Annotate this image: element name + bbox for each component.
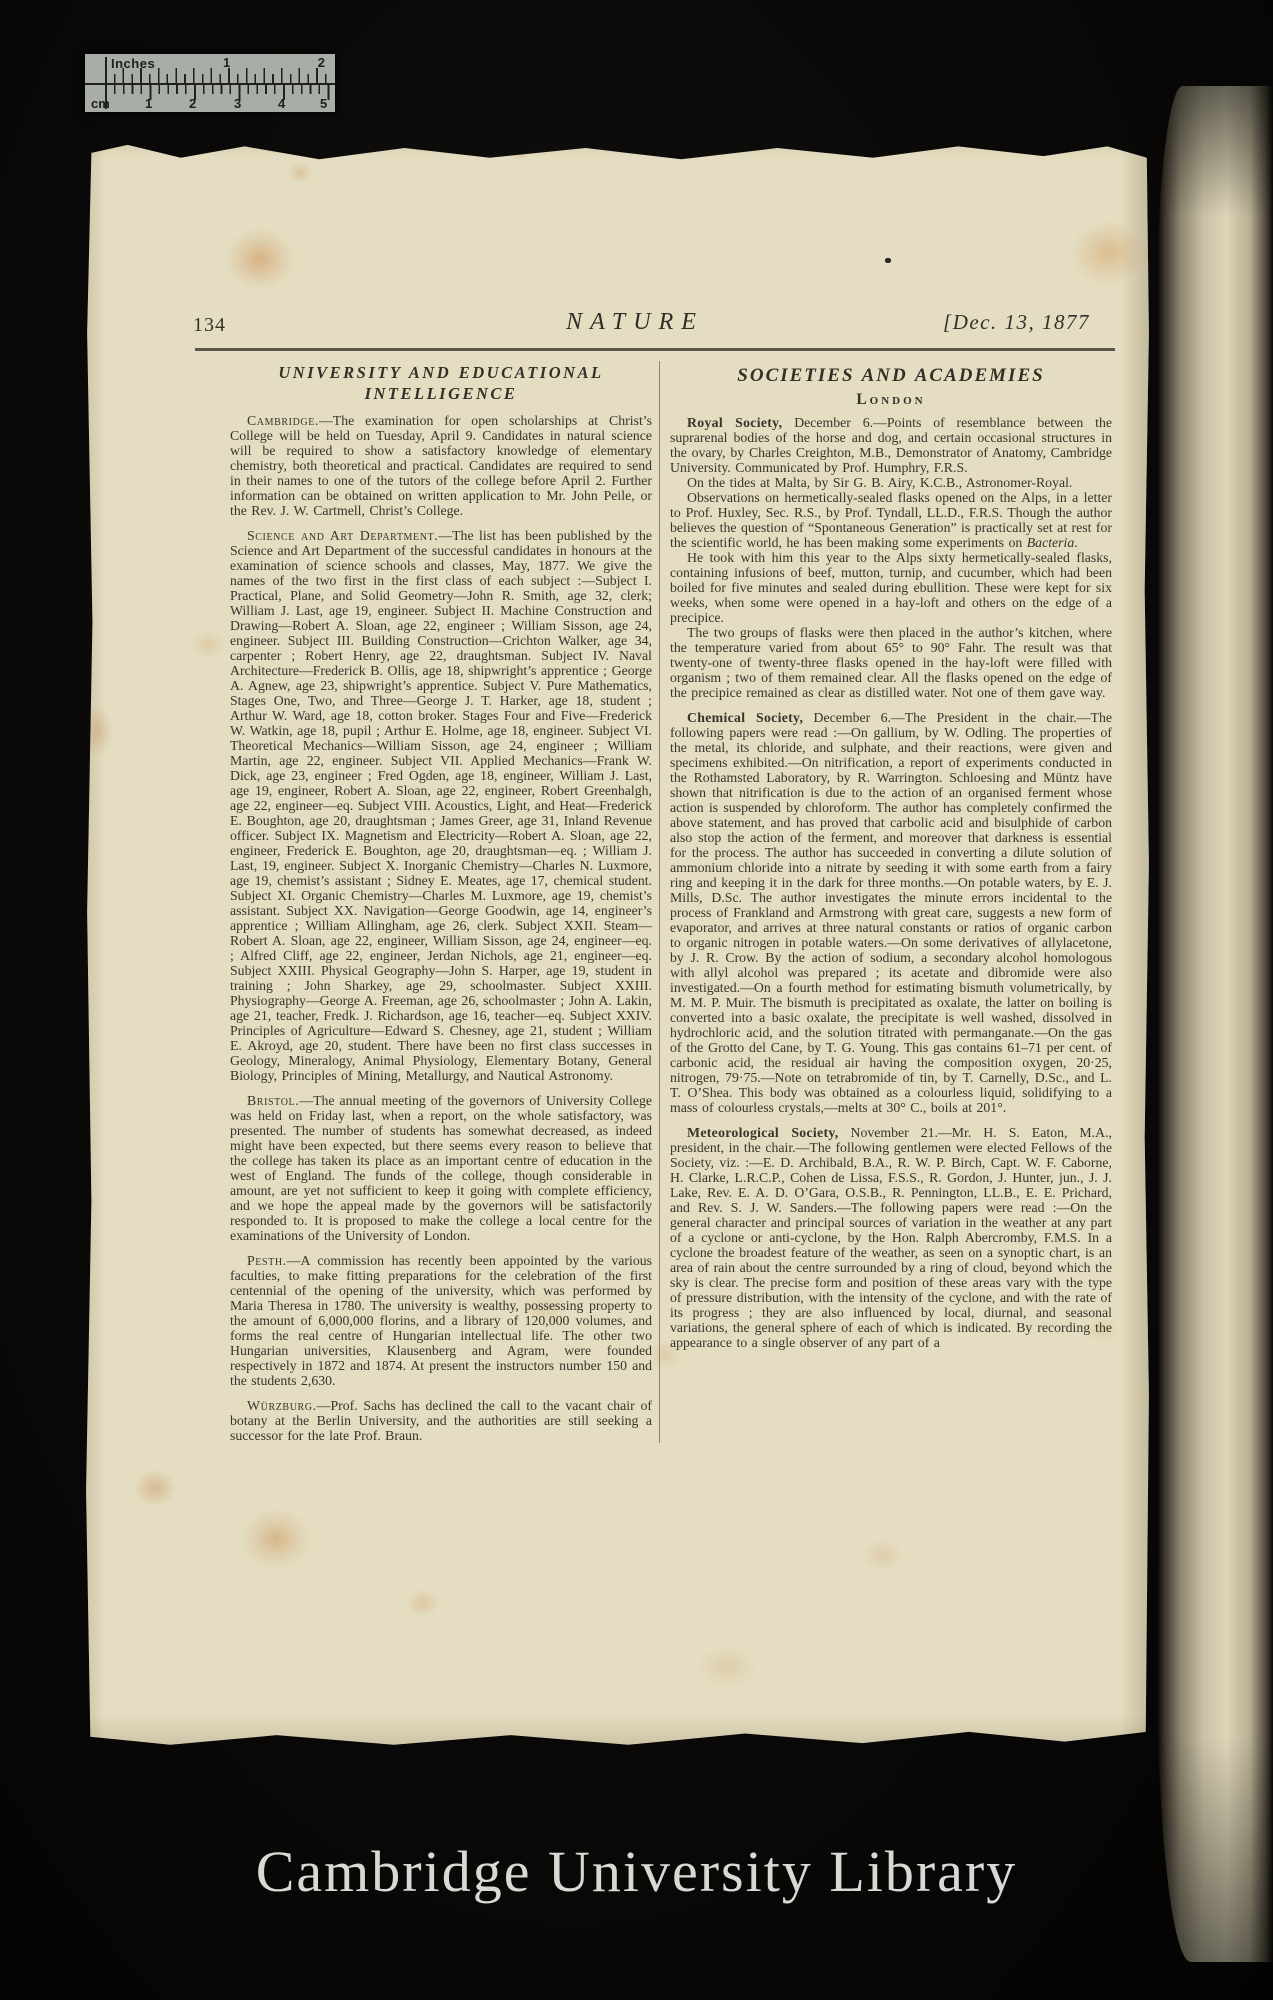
paragraph-cambridge: Cambridge.—The examination for open scho…	[230, 413, 652, 518]
paragraph-alps-experiment: He took with him this year to the Alps s…	[670, 550, 1112, 625]
paragraph-lead: Cambridge.	[247, 413, 319, 428]
paragraph-text: —A commission has recently been appointe…	[230, 1253, 652, 1388]
paragraph-meteorological-society: Meteorological Society, November 21.—Mr.…	[670, 1125, 1112, 1350]
paper-stain	[125, 1462, 185, 1514]
ruler-inch-mark-2: 2	[318, 55, 325, 70]
paragraph-text: November 21.—Mr. H. S. Eaton, M.A., pres…	[670, 1125, 1112, 1350]
left-section-title: UNIVERSITY AND EDUCATIONAL INTELLIGENCE	[236, 362, 646, 404]
paragraph-text: On the tides at Malta, by Sir G. B. Airy…	[687, 475, 1072, 490]
paragraph-text: —The list has been published by the Scie…	[230, 528, 652, 1083]
paper-stain	[185, 625, 231, 665]
paragraph-text: The two groups of flasks were then place…	[670, 625, 1112, 700]
ruler-zero-line	[105, 57, 107, 109]
running-header: 134 NATURE [Dec. 13, 1877	[180, 306, 1090, 346]
paragraph-lead: Pesth.	[247, 1253, 287, 1268]
ruler-cm-mark-4: 4	[278, 96, 285, 111]
ruler-cm-mark-3: 3	[234, 96, 241, 111]
paragraph-text: —The annual meeting of the governors of …	[230, 1093, 652, 1243]
paragraph-lead: Bristol.	[247, 1093, 299, 1108]
paper-stain	[855, 1533, 911, 1577]
paragraph-wurzburg: Würzburg.—Prof. Sachs has declined the c…	[230, 1398, 652, 1443]
paragraph-lead: Würzburg.	[247, 1398, 317, 1413]
paragraph-science-art: Science and Art Department.—The list has…	[230, 528, 652, 1083]
paragraph-bristol: Bristol.—The annual meeting of the gover…	[230, 1093, 652, 1243]
text-columns: UNIVERSITY AND EDUCATIONAL INTELLIGENCE …	[230, 359, 1112, 1443]
measuring-ruler: Inches 1 2 cm 1 2 3 4 5	[85, 54, 335, 112]
paper-stain	[240, 1508, 312, 1570]
ruler-inches-scale: Inches 1 2	[85, 54, 335, 85]
scanned-page: 134 NATURE [Dec. 13, 1877 UNIVERSITY AND…	[85, 140, 1150, 1748]
ruler-inch-mark-1: 1	[223, 55, 230, 70]
paper-stain	[225, 228, 295, 290]
ruler-cm-mark-5: 5	[320, 96, 327, 111]
paragraph-lead: Meteorological Society,	[687, 1125, 839, 1140]
paper-stain	[1070, 220, 1148, 286]
paragraph-text: He took with him this year to the Alps s…	[670, 550, 1112, 625]
right-section-title: SOCIETIES AND ACADEMIES	[670, 364, 1112, 388]
ruler-cm-mark-1: 1	[145, 96, 152, 111]
ruler-inches-label: Inches	[111, 56, 155, 71]
paragraph-royal-society: Royal Society, December 6.—Points of res…	[670, 415, 1112, 475]
paragraph-text: December 6.—The President in the chair.—…	[670, 710, 1112, 1115]
paper-stain	[400, 1583, 446, 1623]
left-column: UNIVERSITY AND EDUCATIONAL INTELLIGENCE …	[230, 359, 652, 1443]
paper-stain	[503, 142, 537, 164]
ink-speck	[885, 258, 891, 263]
paragraph-chemical-society: Chemical Society, December 6.—The Presid…	[670, 710, 1112, 1115]
paragraph-italic-term: Bacteria	[1027, 535, 1075, 550]
right-column: SOCIETIES AND ACADEMIES London Royal Soc…	[670, 359, 1112, 1443]
ruler-cm-mark-2: 2	[189, 96, 196, 111]
subsection-london: London	[670, 392, 1112, 407]
scan-background: Inches 1 2 cm 1 2 3 4 5 134	[0, 0, 1273, 2000]
paper-stain	[280, 158, 320, 188]
issue-date: [Dec. 13, 1877	[943, 310, 1090, 335]
paper-stain	[685, 1638, 769, 1696]
paragraph-lead: Chemical Society,	[687, 710, 803, 725]
paragraph-after: .	[1074, 535, 1077, 550]
library-watermark: Cambridge University Library	[0, 1838, 1273, 1905]
ruler-cm-scale: cm 1 2 3 4 5	[85, 85, 335, 112]
facing-page-edge	[1157, 86, 1273, 1962]
header-rule	[195, 348, 1115, 351]
paragraph-lead: Royal Society,	[687, 415, 782, 430]
paragraph-observations-flasks: Observations on hermetically-sealed flas…	[670, 490, 1112, 550]
paragraph-flask-results: The two groups of flasks were then place…	[670, 625, 1112, 700]
paragraph-lead: Science and Art Department.	[247, 528, 438, 543]
paragraph-text: —The examination for open scholarships a…	[230, 413, 652, 518]
column-divider	[659, 361, 660, 1443]
paragraph-tides-malta: On the tides at Malta, by Sir G. B. Airy…	[670, 475, 1112, 490]
paragraph-pesth: Pesth.—A commission has recently been ap…	[230, 1253, 652, 1388]
paper-stain	[77, 695, 119, 767]
